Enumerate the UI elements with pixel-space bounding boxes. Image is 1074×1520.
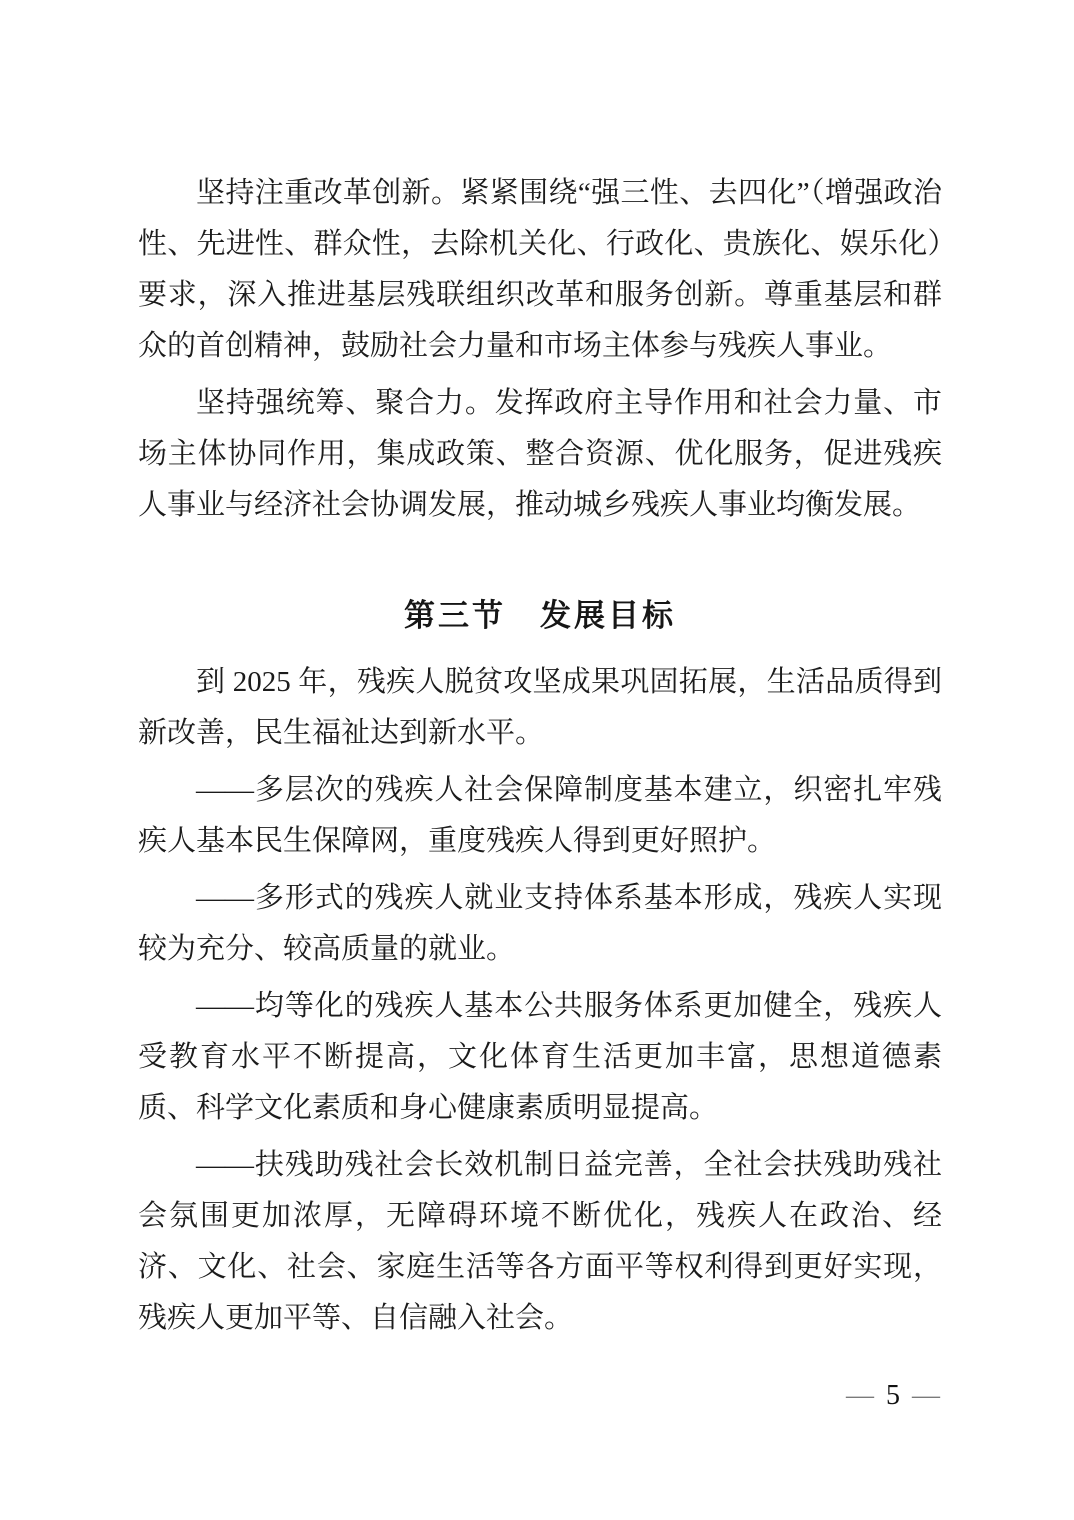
paragraph-coordination: 坚持强统筹、聚合力。发挥政府主导作用和社会力量、市场主体协同作用，集成政策、整合… bbox=[138, 378, 942, 531]
page-number-left-dash: — bbox=[846, 1380, 874, 1411]
paragraph-goal-social-security: ——多层次的残疾人社会保障制度基本建立，织密扎牢残疾人基本民生保障网，重度残疾人… bbox=[138, 765, 942, 867]
paragraph-2025-goal: 到 2025 年，残疾人脱贫攻坚成果巩固拓展，生活品质得到新改善，民生福祉达到新… bbox=[138, 657, 942, 759]
page-number-value: 5 bbox=[874, 1380, 912, 1411]
paragraph-goal-public-services: ——均等化的残疾人基本公共服务体系更加健全，残疾人受教育水平不断提高，文化体育生… bbox=[138, 981, 942, 1134]
document-content: 坚持注重改革创新。紧紧围绕“强三性、去四化”（增强政治性、先进性、群众性，去除机… bbox=[138, 168, 942, 1350]
paragraph-goal-employment: ——多形式的残疾人就业支持体系基本形成，残疾人实现较为充分、较高质量的就业。 bbox=[138, 873, 942, 975]
document-page: 坚持注重改革创新。紧紧围绕“强三性、去四化”（增强政治性、先进性、群众性，去除机… bbox=[0, 0, 1074, 1520]
paragraph-reform-innovation: 坚持注重改革创新。紧紧围绕“强三性、去四化”（增强政治性、先进性、群众性，去除机… bbox=[138, 168, 942, 372]
page-number: —5— bbox=[846, 1380, 940, 1412]
section-heading-development-goals: 第三节 发展目标 bbox=[138, 591, 942, 641]
paragraph-goal-social-environment: ——扶残助残社会长效机制日益完善，全社会扶残助残社会氛围更加浓厚，无障碍环境不断… bbox=[138, 1140, 942, 1344]
page-number-right-dash: — bbox=[912, 1380, 940, 1411]
